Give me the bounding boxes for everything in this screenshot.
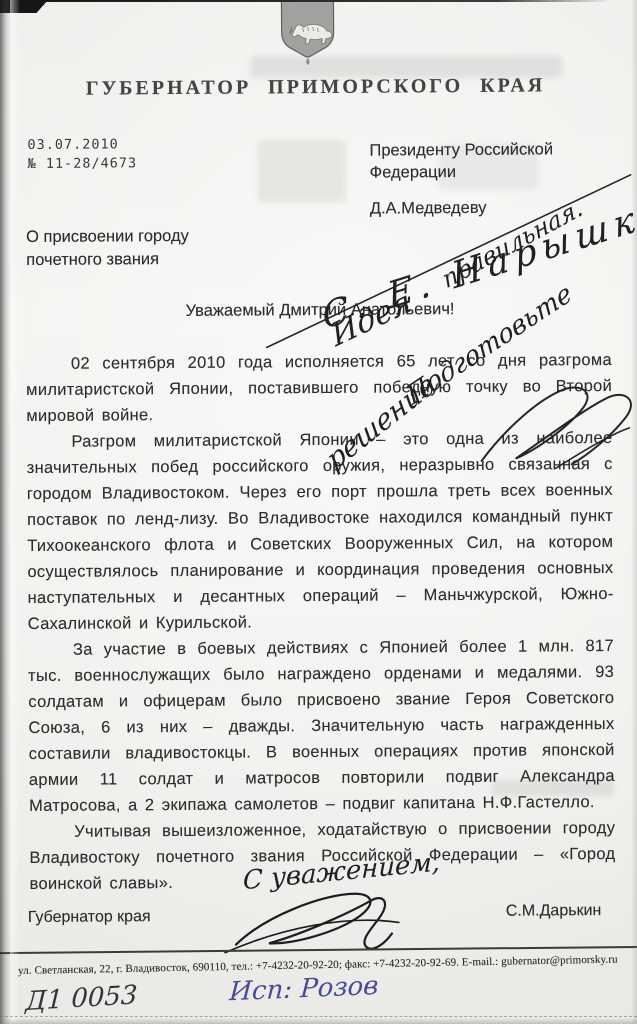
- handwritten-registry-number: Д1 0053: [25, 980, 138, 1017]
- scan-edge-highlight: [10, 0, 20, 1024]
- scan-edge-top: [0, 0, 637, 2]
- handwritten-executor-note: Исп: Розов: [228, 971, 379, 1007]
- scan-edge-bottom-dash: [0, 1016, 637, 1017]
- reference-block: 03.07.2010 № 11-28/4673: [27, 135, 137, 174]
- letter-content: ГУБЕРНАТОР ПРИМОРСКОГО КРАЯ 03.07.2010 №…: [0, 0, 637, 1024]
- letter-number: № 11-28/4673: [28, 154, 138, 174]
- body-paragraph: 02 сентября 2010 года исполняется 65 лет…: [26, 347, 613, 429]
- subject-line: О присвоении городу почетного звания: [26, 225, 211, 272]
- letter-date: 03.07.2010: [27, 135, 137, 155]
- signer-name: С.М.Дарькин: [506, 902, 602, 921]
- scan-edge-right: [631, 0, 637, 1024]
- signer-position: Губернатор края: [28, 908, 151, 927]
- body-paragraph: Разгром милитаристской Японии – это одна…: [26, 425, 613, 637]
- letter-body: 02 сентября 2010 года исполняется 65 лет…: [26, 347, 616, 897]
- letterhead-org-title: ГУБЕРНАТОР ПРИМОРСКОГО КРАЯ: [0, 74, 634, 101]
- scanned-letter-page: ГУБЕРНАТОР ПРИМОРСКОГО КРАЯ 03.07.2010 №…: [0, 0, 637, 1024]
- body-paragraph: За участие в боевых действиях с Японией …: [28, 633, 615, 819]
- scan-edge-bottom: [0, 1018, 637, 1024]
- addressee-org: Президенту Российской Федерации: [369, 138, 589, 184]
- governor-signature-stroke: [236, 893, 392, 949]
- coat-of-arms-tiger-shield-icon: [280, 0, 334, 66]
